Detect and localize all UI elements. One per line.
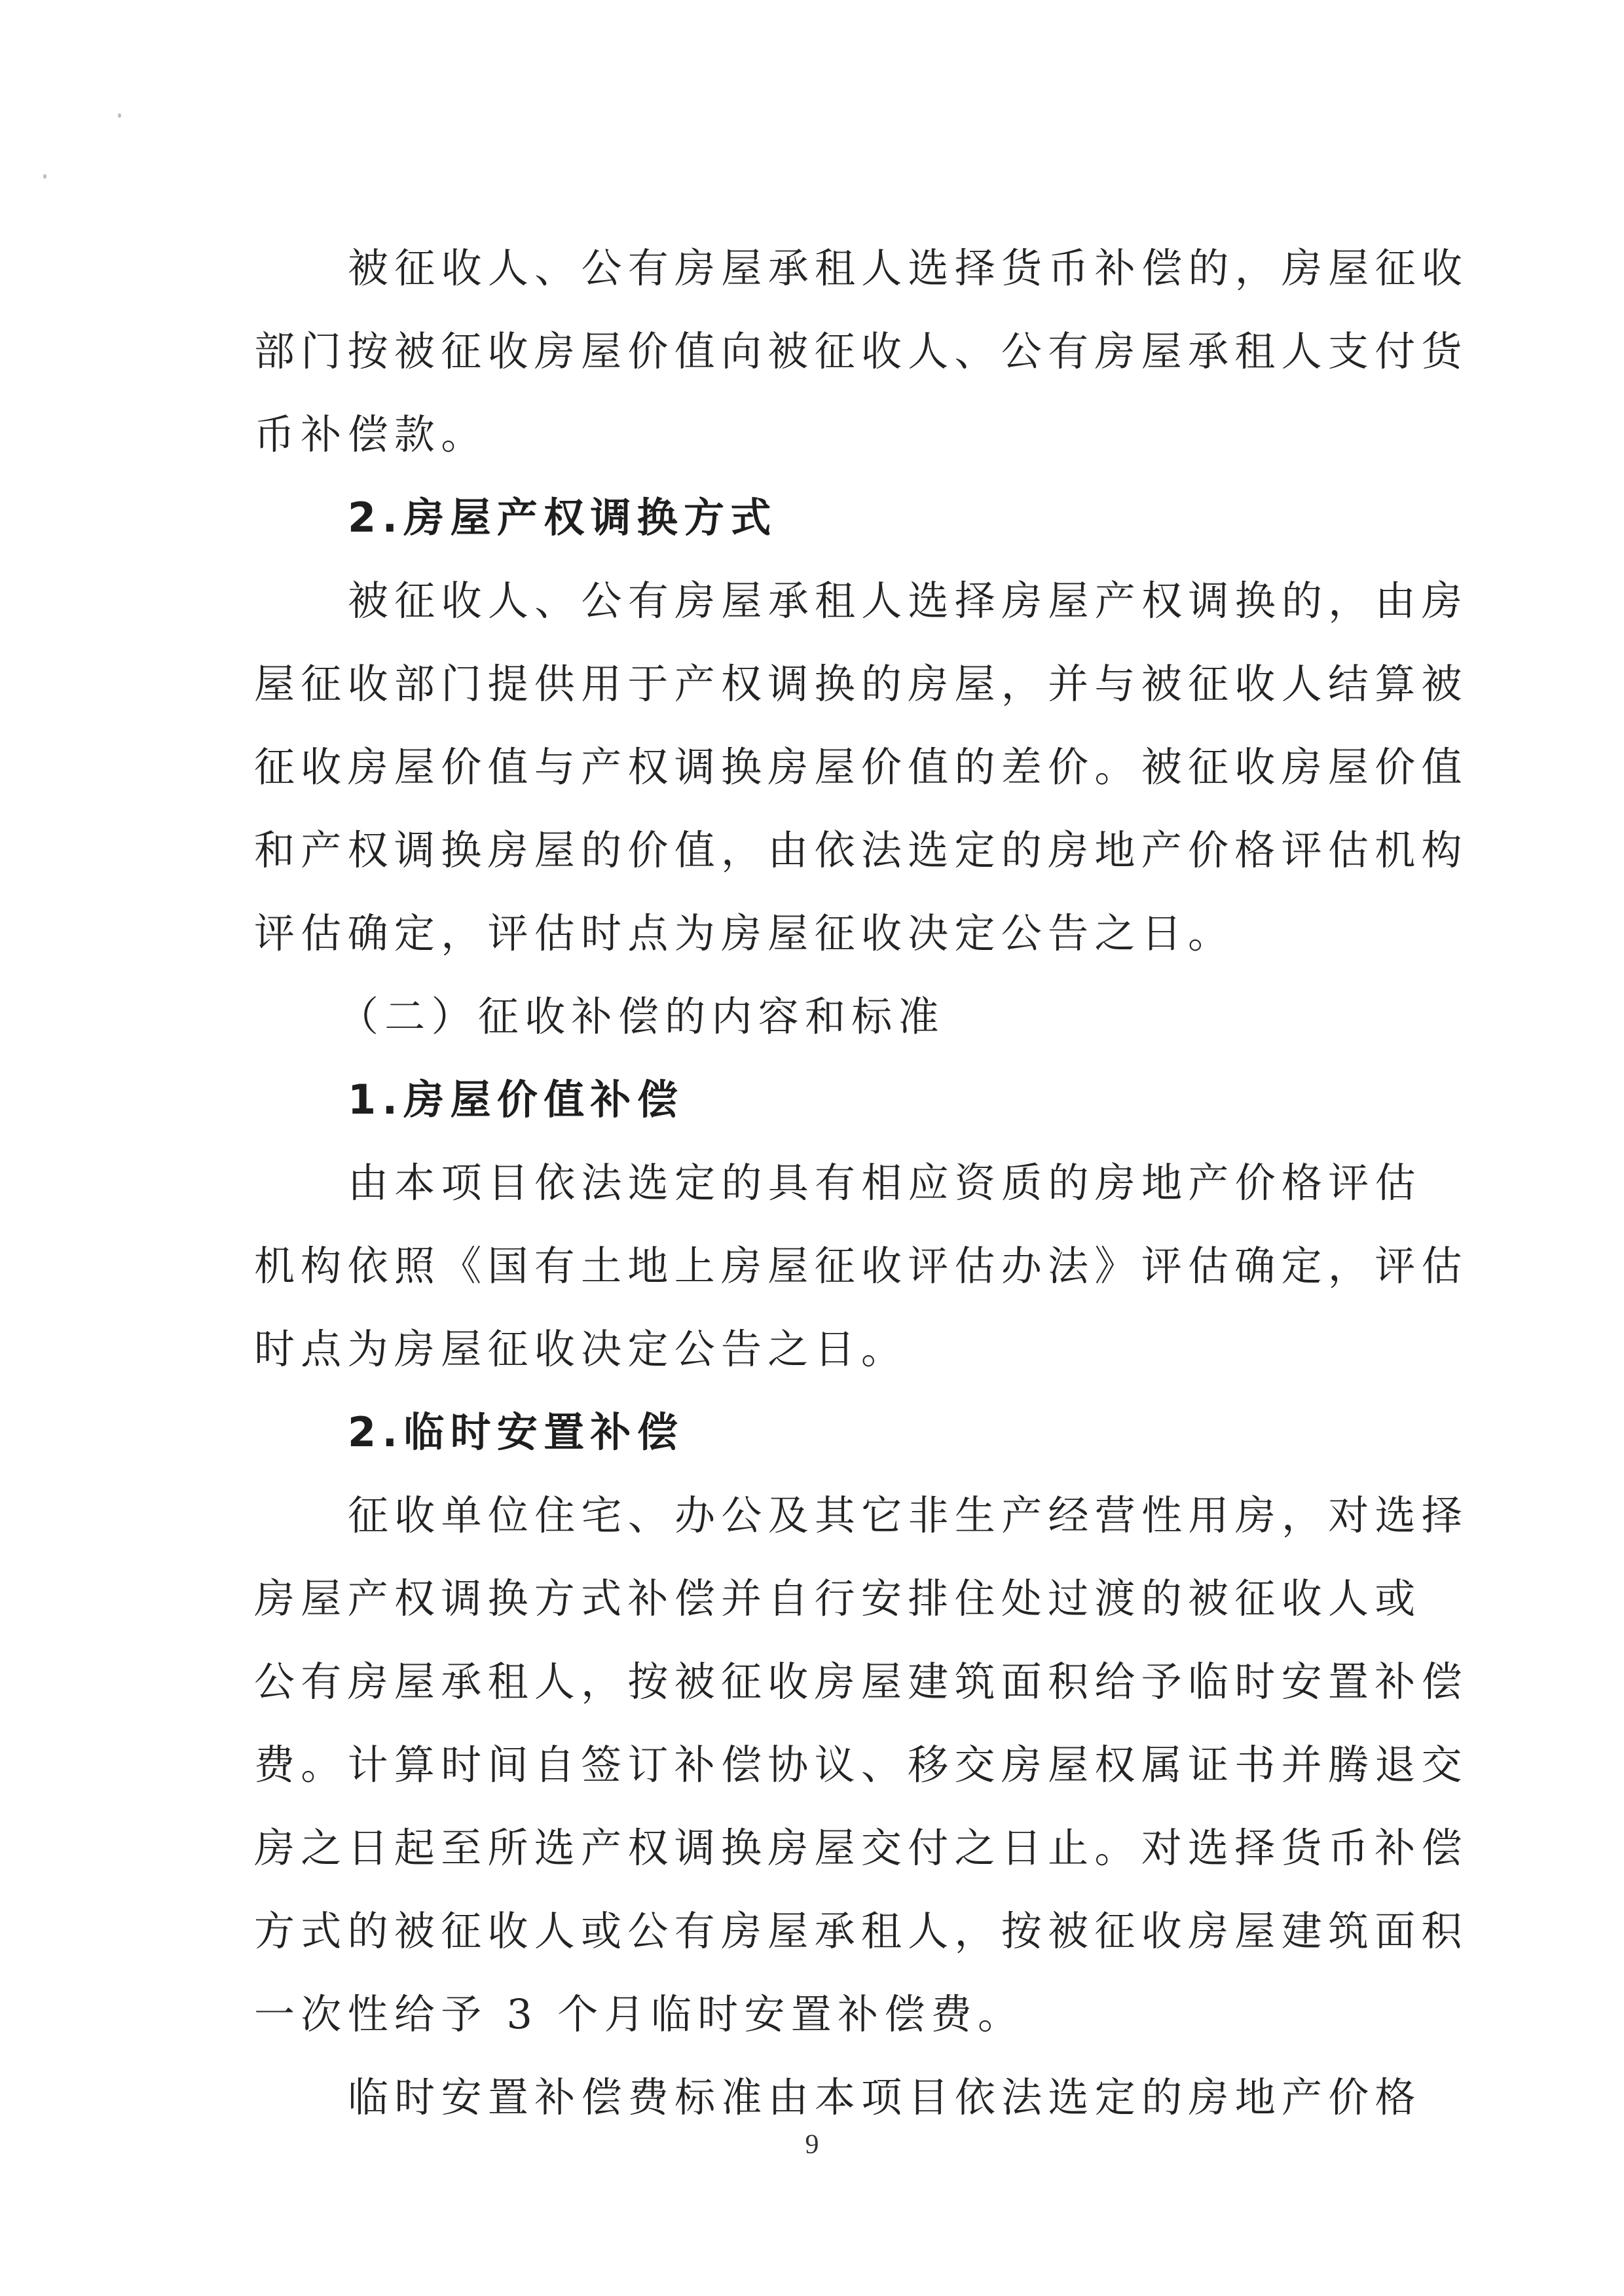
paragraph-line: 费。计算时间自签订补偿协议、移交房屋权属证书并腾退交 [254, 1741, 1468, 1789]
paragraph-line: 被征收人、公有房屋承租人选择房屋产权调换的，由房 [348, 577, 1468, 625]
paragraph-line: 房之日起至所选产权调换房屋交付之日止。对选择货币补偿 [254, 1825, 1468, 1872]
paragraph-line: 和产权调换房屋的价值，由依法选定的房地产价格评估机构 [254, 827, 1468, 874]
section-heading: （二）征收补偿的内容和标准 [338, 993, 945, 1040]
paragraph-line: 被征收人、公有房屋承租人选择货币补偿的，房屋征收 [348, 245, 1468, 292]
paragraph-line: 币补偿款。 [254, 411, 488, 458]
paragraph-line: 临时安置补偿费标准由本项目依法选定的房地产价格 [348, 2074, 1422, 2121]
document-page: 被征收人、公有房屋承租人选择货币补偿的，房屋征收 部门按被征收房屋价值向被征收人… [0, 0, 1624, 2296]
paragraph-line: 由本项目依法选定的具有相应资质的房地产价格评估 [348, 1159, 1422, 1207]
paragraph-line: 时点为房屋征收决定公告之日。 [254, 1326, 908, 1373]
subsection-heading: 2.临时安置补偿 [348, 1409, 684, 1456]
page-number: 9 [0, 2129, 1624, 2160]
paragraph-line: 方式的被征收人或公有房屋承租人，按被征收房屋建筑面积 [254, 1908, 1468, 1955]
paragraph-line: 征收单位住宅、办公及其它非生产经营性用房，对选择 [348, 1492, 1468, 1539]
paragraph-line: 公有房屋承租人，按被征收房屋建筑面积给予临时安置补偿 [254, 1658, 1468, 1705]
paragraph-line: 屋征收部门提供用于产权调换的房屋，并与被征收人结算被 [254, 661, 1468, 708]
subsection-heading: 1.房屋价值补偿 [348, 1076, 684, 1123]
subsection-heading: 2.房屋产权调换方式 [348, 494, 777, 541]
scan-speck [43, 174, 46, 179]
paragraph-line: 一次性给予 3 个月临时安置补偿费。 [254, 1991, 1024, 2038]
paragraph-line: 机构依照《国有土地上房屋征收评估办法》评估确定，评估 [254, 1243, 1468, 1290]
scan-speck [118, 113, 121, 118]
paragraph-line: 评估确定，评估时点为房屋征收决定公告之日。 [254, 910, 1234, 957]
paragraph-line: 征收房屋价值与产权调换房屋价值的差价。被征收房屋价值 [254, 744, 1468, 791]
paragraph-line: 房屋产权调换方式补偿并自行安排住处过渡的被征收人或 [254, 1575, 1422, 1622]
paragraph-line: 部门按被征收房屋价值向被征收人、公有房屋承租人支付货 [254, 328, 1468, 375]
